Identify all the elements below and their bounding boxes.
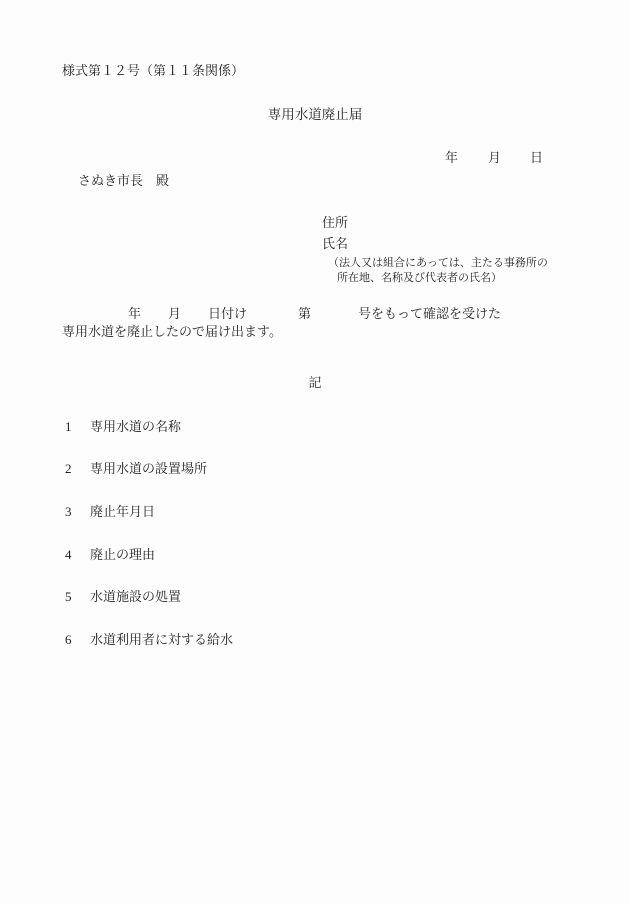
list-item-label: 専用水道の設置場所 [90, 462, 207, 475]
list-item-number: 5 [65, 590, 72, 603]
date-year-label: 年 [445, 151, 458, 164]
name-label: 氏名 [322, 237, 348, 250]
form-number: 様式第１２号（第１１条関係） [62, 64, 244, 77]
list-item-number: 6 [65, 633, 72, 646]
page-title: 専用水道廃止届 [0, 108, 630, 122]
list-item-number: 2 [65, 462, 72, 475]
list-item-number: 3 [65, 505, 72, 518]
record-heading: 記 [0, 376, 630, 389]
body-line2: 専用水道を廃止したので届け出ます。 [62, 325, 282, 338]
list-item-label: 水道利用者に対する給水 [90, 633, 233, 646]
corporate-note-line1: （法人又は組合にあっては、主たる事務所の [328, 258, 548, 269]
list-item-label: 専用水道の名称 [90, 420, 181, 433]
body-month-label: 月 [168, 307, 181, 320]
date-month-label: 月 [488, 151, 501, 164]
list-item-label: 水道施設の処置 [90, 590, 181, 603]
list-item-number: 1 [65, 420, 72, 433]
body-date-suffix: 日付け [208, 307, 247, 320]
corporate-note-line2: 所在地、名称及び代表者の氏名） [337, 273, 502, 284]
addressee: さぬき市長 殿 [78, 174, 169, 187]
list-item-label: 廃止の理由 [90, 548, 155, 561]
body-year-label: 年 [128, 307, 141, 320]
date-day-label: 日 [530, 151, 543, 164]
list-item-number: 4 [65, 548, 72, 561]
list-item-label: 廃止年月日 [90, 505, 155, 518]
body-number-prefix: 第 [298, 307, 311, 320]
document-page: 様式第１２号（第１１条関係） 専用水道廃止届 年 月 日 さぬき市長 殿 住所 … [0, 0, 630, 903]
address-label: 住所 [322, 216, 348, 229]
body-line1-tail: 号をもって確認を受けた [358, 307, 501, 320]
